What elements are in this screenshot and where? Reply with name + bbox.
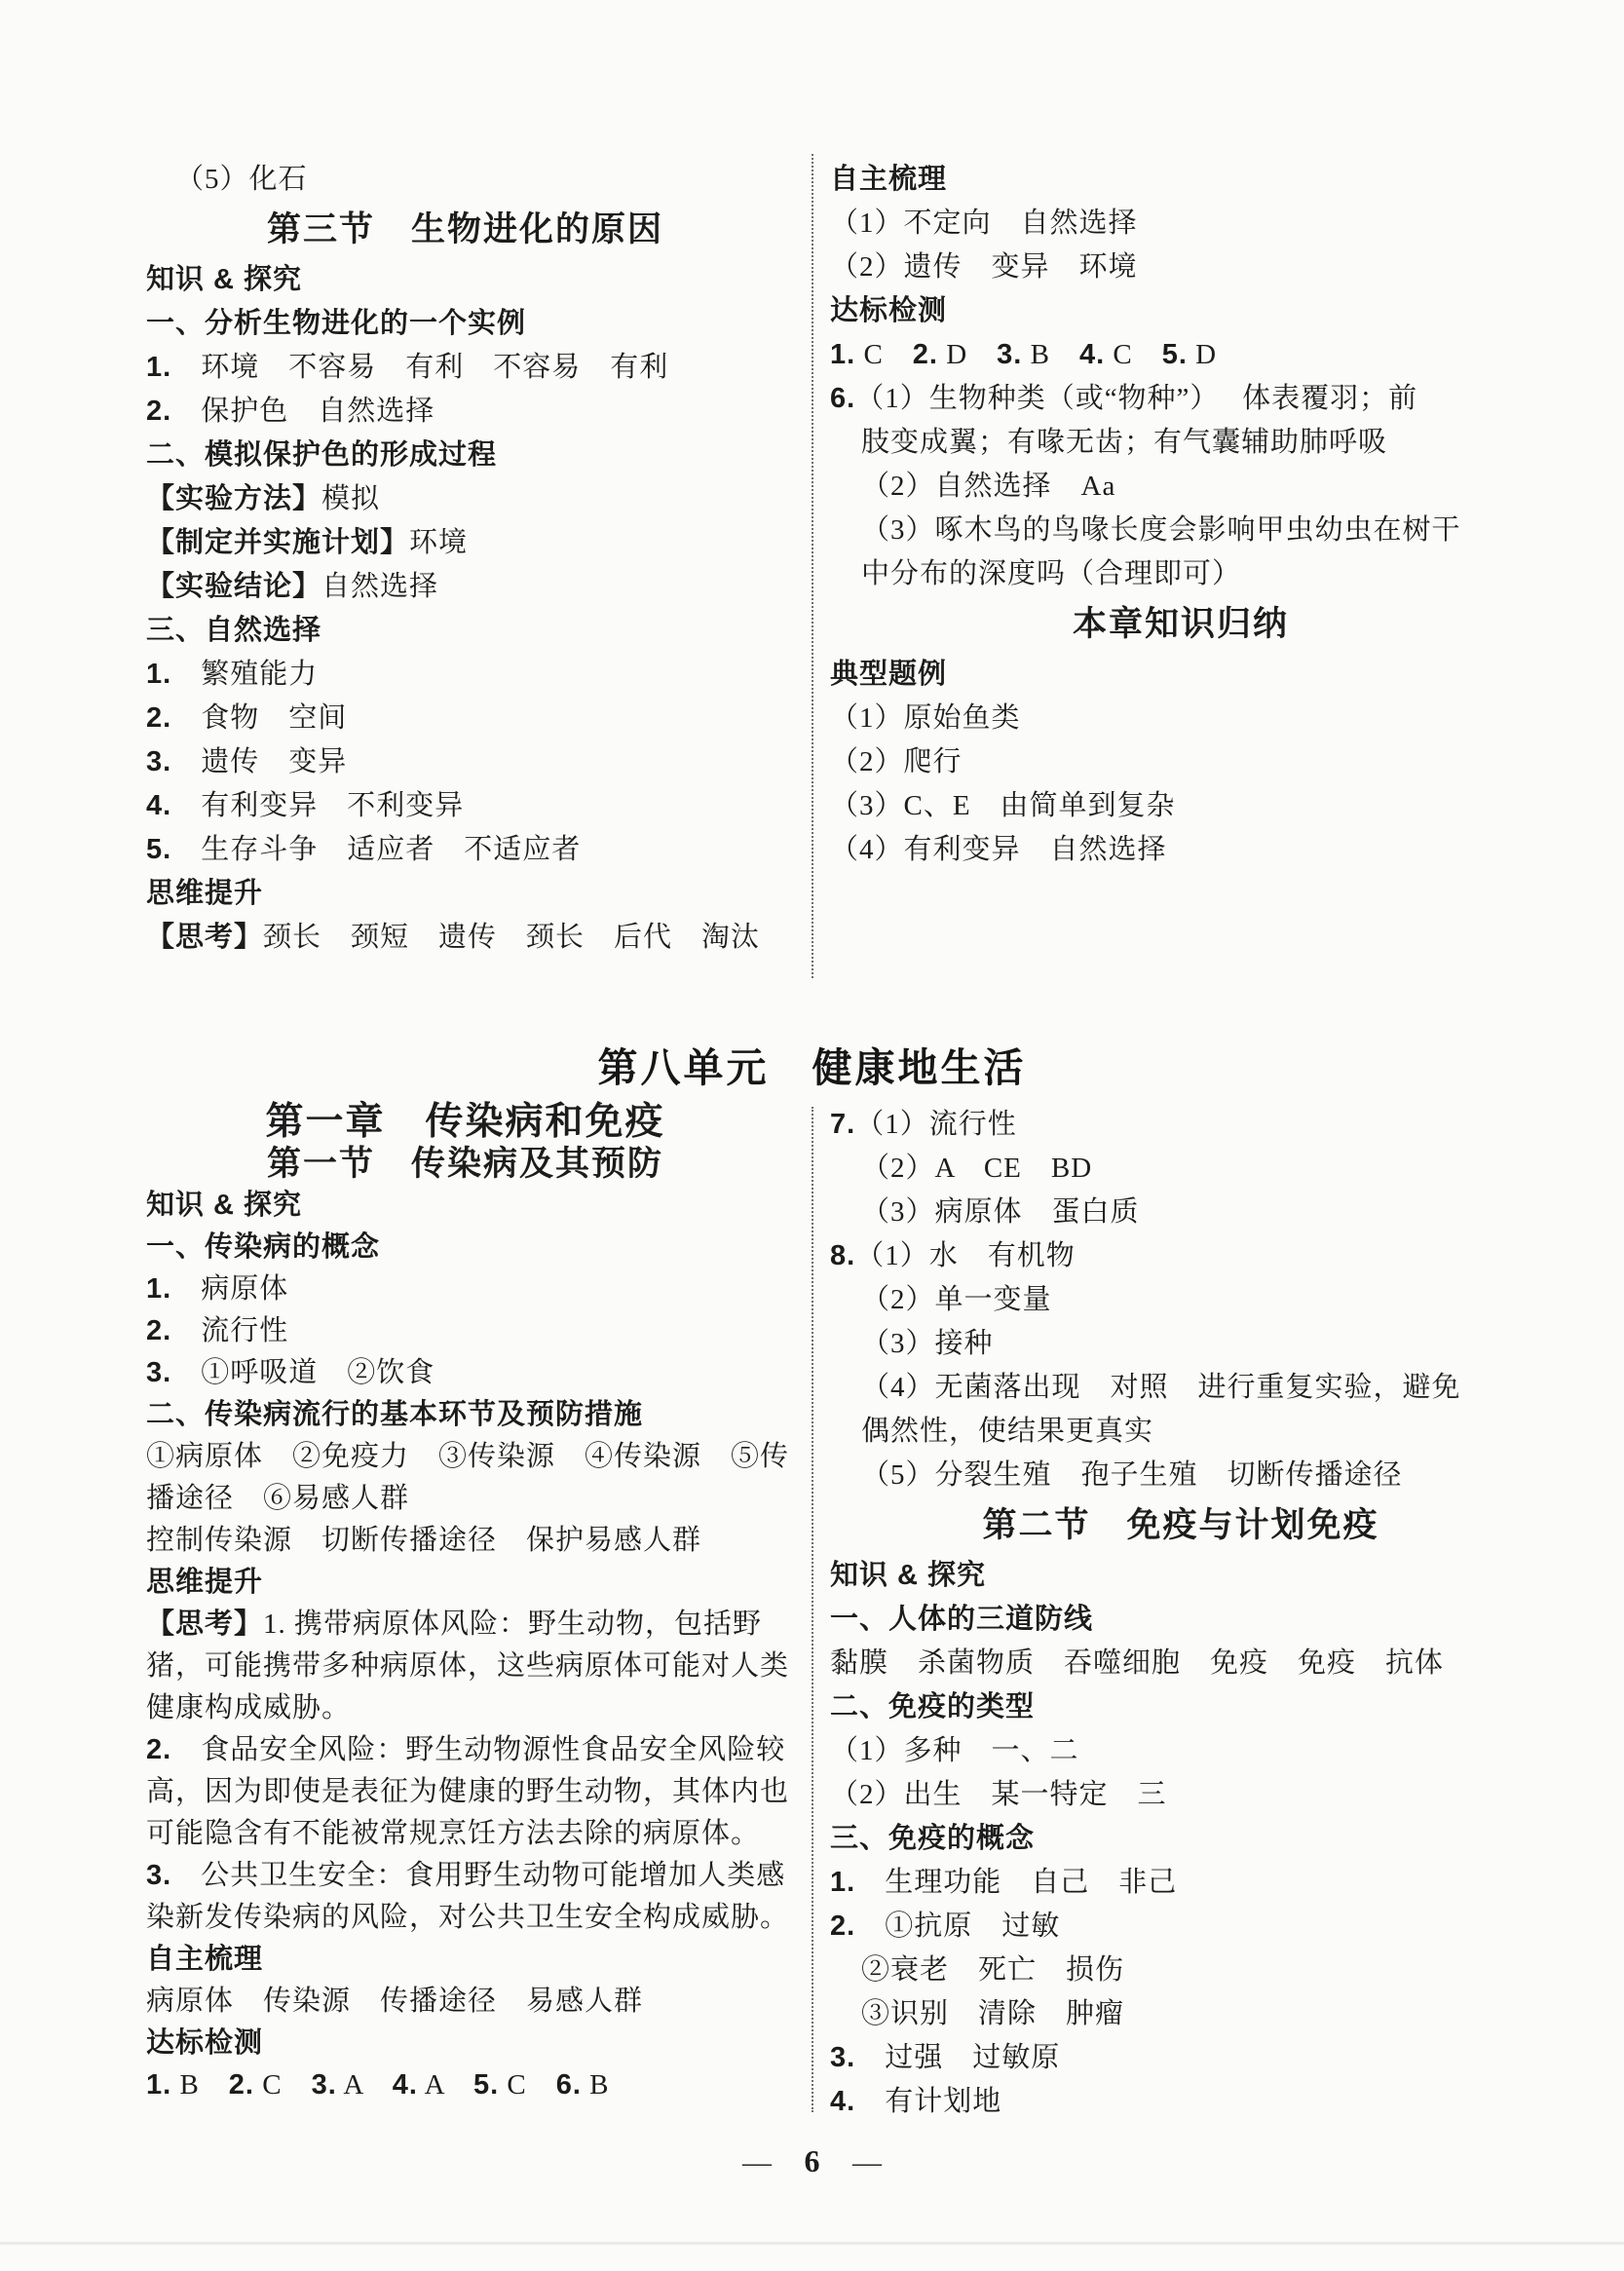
text: 遗传 变异 bbox=[171, 746, 347, 777]
text: （1）水 有机物 bbox=[855, 1240, 1076, 1271]
answer-line: 3. 遗传 变异 bbox=[146, 740, 784, 784]
answer-line: 【实验结论】自然选择 bbox=[146, 565, 784, 609]
answer-line: 黏膜 杀菌物质 吞噬细胞 免疫 免疫 抗体 bbox=[830, 1642, 1531, 1685]
answer-line: 1. C 2. D 3. B 4. C 5. D bbox=[830, 333, 1531, 377]
text: 1. 携带病原体风险：野生动物，包括野 bbox=[263, 1609, 762, 1640]
sub-heading: 一、人体的三道防线 bbox=[830, 1598, 1531, 1642]
sub-heading: 二、模拟保护色的形成过程 bbox=[146, 434, 784, 477]
text: （2）遗传 变异 环境 bbox=[830, 251, 1138, 283]
bold-text: 4. bbox=[1079, 339, 1105, 370]
text: A bbox=[337, 2069, 393, 2101]
answer-line: 病原体 传染源 传播途径 易感人群 bbox=[146, 1981, 784, 2023]
answer-line: 1. 繁殖能力 bbox=[146, 653, 784, 697]
bold-text: 1. bbox=[146, 2069, 171, 2101]
answer-line: 【实验方法】模拟 bbox=[146, 477, 784, 521]
text: B bbox=[1022, 339, 1079, 370]
text: （1）生物种类（或“物种”） 体表覆羽；前 bbox=[855, 383, 1417, 414]
bold-text: 3. bbox=[146, 1860, 171, 1891]
answer-line: 1. 病原体 bbox=[146, 1268, 784, 1310]
answer-line: （4）无菌落出现 对照 进行重复实验，避免 bbox=[830, 1366, 1531, 1410]
text: C bbox=[855, 339, 913, 370]
answer-line: 2. 食物 空间 bbox=[146, 697, 784, 740]
bold-text: 第二节 免疫与计划免疫 bbox=[982, 1506, 1379, 1544]
bold-text: 达标检测 bbox=[830, 295, 947, 326]
bold-text: 三、自然选择 bbox=[146, 615, 321, 646]
text: （1）不定向 自然选择 bbox=[830, 208, 1138, 239]
text: （2）A CE BD bbox=[861, 1153, 1092, 1184]
bold-text: 2. bbox=[146, 1315, 171, 1346]
text: 流行性 bbox=[171, 1315, 288, 1346]
bold-text: 二、传染病流行的基本环节及预防措施 bbox=[146, 1399, 643, 1430]
text: ①病原体 ②免疫力 ③传染源 ④传染源 ⑤传 bbox=[146, 1441, 789, 1472]
text: B bbox=[582, 2069, 610, 2101]
chapter-heading: 第一章 传染病和免疫 bbox=[146, 1101, 784, 1143]
answer-line: 健康构成威胁。 bbox=[146, 1687, 784, 1729]
text: D bbox=[1188, 339, 1217, 370]
sub-heading: 二、传染病流行的基本环节及预防措施 bbox=[146, 1394, 784, 1436]
section-heading: 第一节 传染病及其预防 bbox=[146, 1143, 784, 1185]
answer-line: 【制定并实施计划】环境 bbox=[146, 521, 784, 565]
answer-line: 2. ①抗原 过敏 bbox=[830, 1905, 1531, 1949]
answer-line: ①病原体 ②免疫力 ③传染源 ④传染源 ⑤传 bbox=[146, 1436, 784, 1478]
bold-text: 1. bbox=[146, 659, 171, 690]
bold-text: 知识 & 探究 bbox=[146, 264, 302, 295]
text: 可能隐含有不能被常规烹饪方法去除的病原体。 bbox=[146, 1818, 760, 1849]
section-heading: 本章知识归纳 bbox=[830, 596, 1531, 653]
text: 病原体 bbox=[171, 1273, 288, 1305]
answer-line: 8.（1）水 有机物 bbox=[830, 1234, 1531, 1278]
answer-line: （5）化石 bbox=[146, 158, 784, 202]
text: 有计划地 bbox=[855, 2086, 1001, 2117]
bold-text: 自主梳理 bbox=[146, 1944, 263, 1975]
text: （2）单一变量 bbox=[861, 1284, 1052, 1315]
page: （5）化石第三节 生物进化的原因知识 & 探究一、分析生物进化的一个实例1. 环… bbox=[0, 0, 1624, 2271]
sub-heading: 一、分析生物进化的一个实例 bbox=[146, 302, 784, 346]
text: 播途径 ⑥易感人群 bbox=[146, 1483, 409, 1514]
column-top-left: （5）化石第三节 生物进化的原因知识 & 探究一、分析生物进化的一个实例1. 环… bbox=[146, 158, 784, 960]
bold-text: 3. bbox=[997, 339, 1022, 370]
answer-line: 2. 流行性 bbox=[146, 1310, 784, 1352]
block-label: 自主梳理 bbox=[830, 158, 1531, 202]
text: A bbox=[418, 2069, 473, 2101]
text: 健康构成威胁。 bbox=[146, 1692, 351, 1723]
page-number-dash-right: — bbox=[852, 2146, 882, 2178]
bold-text: 3. bbox=[312, 2069, 337, 2101]
block-label: 知识 & 探究 bbox=[146, 1185, 784, 1227]
answer-line: 【思考】颈长 颈短 遗传 颈长 后代 淘汰 bbox=[146, 916, 784, 960]
text: （1）流行性 bbox=[855, 1109, 1017, 1140]
bold-text: 知识 & 探究 bbox=[146, 1190, 302, 1221]
text: 肢变成翼；有喙无齿；有气囊辅助肺呼吸 bbox=[861, 427, 1387, 458]
bold-text: 思维提升 bbox=[146, 878, 263, 909]
bracket-label-text: 【思考】 bbox=[146, 1609, 263, 1640]
text: （3）接种 bbox=[861, 1328, 994, 1359]
answer-line: 3. 公共卫生安全：食用野生动物可能增加人类感 bbox=[146, 1855, 784, 1897]
bold-text: 1. bbox=[146, 1273, 171, 1305]
text: 猪，可能携带多种病原体，这些病原体可能对人类 bbox=[146, 1650, 789, 1682]
bold-text: 4. bbox=[146, 790, 171, 821]
text: C bbox=[499, 2069, 556, 2101]
bold-text: 第一节 传染病及其预防 bbox=[267, 1145, 663, 1183]
answer-line: （2）爬行 bbox=[830, 740, 1531, 784]
text: 黏膜 杀菌物质 吞噬细胞 免疫 免疫 抗体 bbox=[830, 1647, 1444, 1679]
block-label: 思维提升 bbox=[146, 1562, 784, 1604]
bold-text: 2. bbox=[146, 396, 171, 427]
bold-text: 2. bbox=[830, 1911, 855, 1942]
text: （1）原始鱼类 bbox=[830, 702, 1021, 734]
text: （3）病原体 蛋白质 bbox=[861, 1196, 1140, 1228]
bold-text: 一、人体的三道防线 bbox=[830, 1604, 1093, 1635]
bold-text: 三、免疫的概念 bbox=[830, 1823, 1035, 1854]
bold-text: 1. bbox=[830, 1867, 855, 1898]
page-number-dash-left: — bbox=[742, 2146, 772, 2178]
answer-line: 3. ①呼吸道 ②饮食 bbox=[146, 1352, 784, 1394]
answer-line: 肢变成翼；有喙无齿；有气囊辅助肺呼吸 bbox=[830, 421, 1531, 465]
bold-text: 本章知识归纳 bbox=[1073, 605, 1289, 643]
answer-line: （2）遗传 变异 环境 bbox=[830, 246, 1531, 289]
text: 染新发传染病的风险，对公共卫生安全构成威胁。 bbox=[146, 1902, 789, 1933]
text: （1）多种 一、二 bbox=[830, 1735, 1079, 1766]
text: （5）分裂生殖 孢子生殖 切断传播途径 bbox=[861, 1459, 1403, 1491]
answer-line: （4）有利变异 自然选择 bbox=[830, 828, 1531, 872]
text: ①呼吸道 ②饮食 bbox=[171, 1357, 434, 1388]
text: ①抗原 过敏 bbox=[855, 1911, 1060, 1942]
answer-line: （3）C、E 由简单到复杂 bbox=[830, 784, 1531, 828]
answer-line: 2. 食品安全风险：野生动物源性食品安全风险较 bbox=[146, 1729, 784, 1771]
text: B bbox=[171, 2069, 229, 2101]
answer-line: 可能隐含有不能被常规烹饪方法去除的病原体。 bbox=[146, 1813, 784, 1855]
column-top-right: 自主梳理（1）不定向 自然选择（2）遗传 变异 环境达标检测1. C 2. D … bbox=[830, 158, 1531, 872]
text: 有利变异 不利变异 bbox=[171, 790, 464, 821]
bold-text: 3. bbox=[146, 1357, 171, 1388]
bold-text: 典型题例 bbox=[830, 659, 947, 690]
answer-line: （1）不定向 自然选择 bbox=[830, 202, 1531, 246]
text: 高，因为即使是表征为健康的野生动物，其体内也 bbox=[146, 1776, 789, 1807]
bold-text: 二、模拟保护色的形成过程 bbox=[146, 439, 497, 471]
answer-line: 1. 环境 不容易 有利 不容易 有利 bbox=[146, 346, 784, 390]
text: 自然选择 bbox=[321, 571, 438, 602]
bold-text: 6. bbox=[830, 383, 855, 414]
answer-line: （3）啄木鸟的鸟喙长度会影响甲虫幼虫在树干 bbox=[830, 509, 1531, 552]
bold-text: 8. bbox=[830, 1240, 855, 1271]
answer-line: （5）分裂生殖 孢子生殖 切断传播途径 bbox=[830, 1454, 1531, 1497]
answer-line: ③识别 清除 肿瘤 bbox=[830, 1992, 1531, 2036]
answer-line: （2）出生 某一特定 三 bbox=[830, 1773, 1531, 1817]
text: C bbox=[254, 2069, 312, 2101]
bracket-label-text: 【实验方法】 bbox=[146, 483, 321, 514]
text: 偶然性，使结果更真实 bbox=[861, 1416, 1153, 1447]
answer-line: 播途径 ⑥易感人群 bbox=[146, 1478, 784, 1520]
column-divider-top bbox=[812, 154, 813, 978]
text: ③识别 清除 肿瘤 bbox=[861, 1998, 1124, 2029]
answer-line: 1. B 2. C 3. A 4. A 5. C 6. B bbox=[146, 2064, 784, 2106]
bracket-label-text: 【实验结论】 bbox=[146, 571, 321, 602]
bold-text: 2. bbox=[229, 2069, 254, 2101]
text: 病原体 传染源 传播途径 易感人群 bbox=[146, 1986, 643, 2017]
text: （4）无菌落出现 对照 进行重复实验，避免 bbox=[861, 1372, 1461, 1403]
block-label: 知识 & 探究 bbox=[146, 258, 784, 302]
bold-text: 7. bbox=[830, 1109, 855, 1140]
unit-heading: 第八单元 健康地生活 bbox=[0, 1039, 1624, 1097]
section-heading: 第二节 免疫与计划免疫 bbox=[830, 1497, 1531, 1554]
answer-line: 染新发传染病的风险，对公共卫生安全构成威胁。 bbox=[146, 1897, 784, 1939]
text: 生存斗争 适应者 不适应者 bbox=[171, 834, 581, 865]
page-number-value: 6 bbox=[779, 2143, 846, 2178]
text: C bbox=[1105, 339, 1162, 370]
bold-text: 自主梳理 bbox=[830, 164, 947, 195]
text: 繁殖能力 bbox=[171, 659, 318, 690]
bold-text: 4. bbox=[393, 2069, 418, 2101]
text: （2）自然选择 Aa bbox=[861, 471, 1115, 502]
text: （5）化石 bbox=[175, 164, 308, 195]
text: （3）C、E 由简单到复杂 bbox=[830, 790, 1176, 821]
block-label: 达标检测 bbox=[830, 289, 1531, 333]
sub-heading: 三、免疫的概念 bbox=[830, 1817, 1531, 1861]
column-bottom-left: 第一章 传染病和免疫第一节 传染病及其预防知识 & 探究一、传染病的概念1. 病… bbox=[146, 1101, 784, 2106]
answer-line: 5. 生存斗争 适应者 不适应者 bbox=[146, 828, 784, 872]
answer-line: 3. 过强 过敏原 bbox=[830, 2036, 1531, 2080]
section-heading: 第三节 生物进化的原因 bbox=[146, 202, 784, 258]
bold-text: 6. bbox=[556, 2069, 582, 2101]
answer-line: 4. 有计划地 bbox=[830, 2080, 1531, 2124]
answer-line: （1）原始鱼类 bbox=[830, 697, 1531, 740]
answer-line: （3）接种 bbox=[830, 1322, 1531, 1366]
text: （2）出生 某一特定 三 bbox=[830, 1779, 1167, 1810]
block-label: 达标检测 bbox=[146, 2023, 784, 2064]
bold-text: 思维提升 bbox=[146, 1567, 263, 1598]
bold-text: 5. bbox=[473, 2069, 499, 2101]
block-label: 思维提升 bbox=[146, 872, 784, 916]
sub-heading: 一、传染病的概念 bbox=[146, 1227, 784, 1268]
answer-line: （2）A CE BD bbox=[830, 1147, 1531, 1191]
column-bottom-right: 7.（1）流行性（2）A CE BD（3）病原体 蛋白质8.（1）水 有机物（2… bbox=[830, 1103, 1531, 2124]
answer-line: 【思考】1. 携带病原体风险：野生动物，包括野 bbox=[146, 1604, 784, 1646]
text: 食品安全风险：野生动物源性食品安全风险较 bbox=[171, 1734, 785, 1765]
column-divider-bottom bbox=[812, 1107, 813, 2112]
scan-edge-line bbox=[0, 2242, 1624, 2245]
text: 颈长 颈短 遗传 颈长 后代 淘汰 bbox=[263, 922, 760, 953]
bold-text: 知识 & 探究 bbox=[830, 1560, 986, 1591]
text: 模拟 bbox=[321, 483, 380, 514]
bold-text: 1. bbox=[146, 352, 171, 383]
text: （4）有利变异 自然选择 bbox=[830, 834, 1167, 865]
text: D bbox=[938, 339, 997, 370]
bold-text: 第三节 生物进化的原因 bbox=[267, 210, 663, 248]
text: 中分布的深度吗（合理即可） bbox=[861, 558, 1241, 589]
text: 控制传染源 切断传播途径 保护易感人群 bbox=[146, 1525, 701, 1556]
block-label: 知识 & 探究 bbox=[830, 1554, 1531, 1598]
bold-text: 5. bbox=[146, 834, 171, 865]
answer-line: 偶然性，使结果更真实 bbox=[830, 1410, 1531, 1454]
text: （2）爬行 bbox=[830, 746, 963, 777]
answer-line: 猪，可能携带多种病原体，这些病原体可能对人类 bbox=[146, 1646, 784, 1687]
answer-line: （2）单一变量 bbox=[830, 1278, 1531, 1322]
answer-line: （3）病原体 蛋白质 bbox=[830, 1191, 1531, 1234]
bold-text: 2. bbox=[146, 1734, 171, 1765]
bracket-label-text: 【制定并实施计划】 bbox=[146, 527, 409, 558]
sub-heading: 二、免疫的类型 bbox=[830, 1685, 1531, 1729]
text: （3）啄木鸟的鸟喙长度会影响甲虫幼虫在树干 bbox=[861, 514, 1461, 546]
bracket-label-text: 第一章 传染病和免疫 bbox=[265, 1101, 664, 1143]
answer-line: （1）多种 一、二 bbox=[830, 1729, 1531, 1773]
sub-heading: 三、自然选择 bbox=[146, 609, 784, 653]
text: 保护色 自然选择 bbox=[171, 396, 434, 427]
text: 食物 空间 bbox=[171, 702, 347, 734]
bold-text: 3. bbox=[830, 2042, 855, 2073]
text: 过强 过敏原 bbox=[855, 2042, 1060, 2073]
bold-text: 达标检测 bbox=[146, 2027, 263, 2059]
answer-line: 1. 生理功能 自己 非己 bbox=[830, 1861, 1531, 1905]
block-label: 典型题例 bbox=[830, 653, 1531, 697]
text: ②衰老 死亡 损伤 bbox=[861, 1954, 1124, 1986]
answer-line: ②衰老 死亡 损伤 bbox=[830, 1949, 1531, 1992]
bold-text: 一、分析生物进化的一个实例 bbox=[146, 308, 526, 339]
bold-text: 4. bbox=[830, 2086, 855, 2117]
answer-line: 7.（1）流行性 bbox=[830, 1103, 1531, 1147]
answer-line: 4. 有利变异 不利变异 bbox=[146, 784, 784, 828]
bracket-label-text: 【思考】 bbox=[146, 922, 263, 953]
answer-line: 高，因为即使是表征为健康的野生动物，其体内也 bbox=[146, 1771, 784, 1813]
page-number: — 6 — bbox=[0, 2139, 1624, 2182]
bold-text: 2. bbox=[913, 339, 938, 370]
bold-text: 3. bbox=[146, 746, 171, 777]
text: 环境 bbox=[409, 527, 468, 558]
answer-line: 控制传染源 切断传播途径 保护易感人群 bbox=[146, 1520, 784, 1562]
text: 环境 不容易 有利 不容易 有利 bbox=[171, 352, 668, 383]
bold-text: 1. bbox=[830, 339, 855, 370]
bold-text: 一、传染病的概念 bbox=[146, 1231, 380, 1263]
answer-line: 2. 保护色 自然选择 bbox=[146, 390, 784, 434]
bold-text: 2. bbox=[146, 702, 171, 734]
block-label: 自主梳理 bbox=[146, 1939, 784, 1981]
text: 生理功能 自己 非己 bbox=[855, 1867, 1177, 1898]
answer-line: 6.（1）生物种类（或“物种”） 体表覆羽；前 bbox=[830, 377, 1531, 421]
bold-text: 二、免疫的类型 bbox=[830, 1691, 1035, 1722]
text: 公共卫生安全：食用野生动物可能增加人类感 bbox=[171, 1860, 785, 1891]
answer-line: 中分布的深度吗（合理即可） bbox=[830, 552, 1531, 596]
answer-line: （2）自然选择 Aa bbox=[830, 465, 1531, 509]
bold-text: 5. bbox=[1162, 339, 1188, 370]
